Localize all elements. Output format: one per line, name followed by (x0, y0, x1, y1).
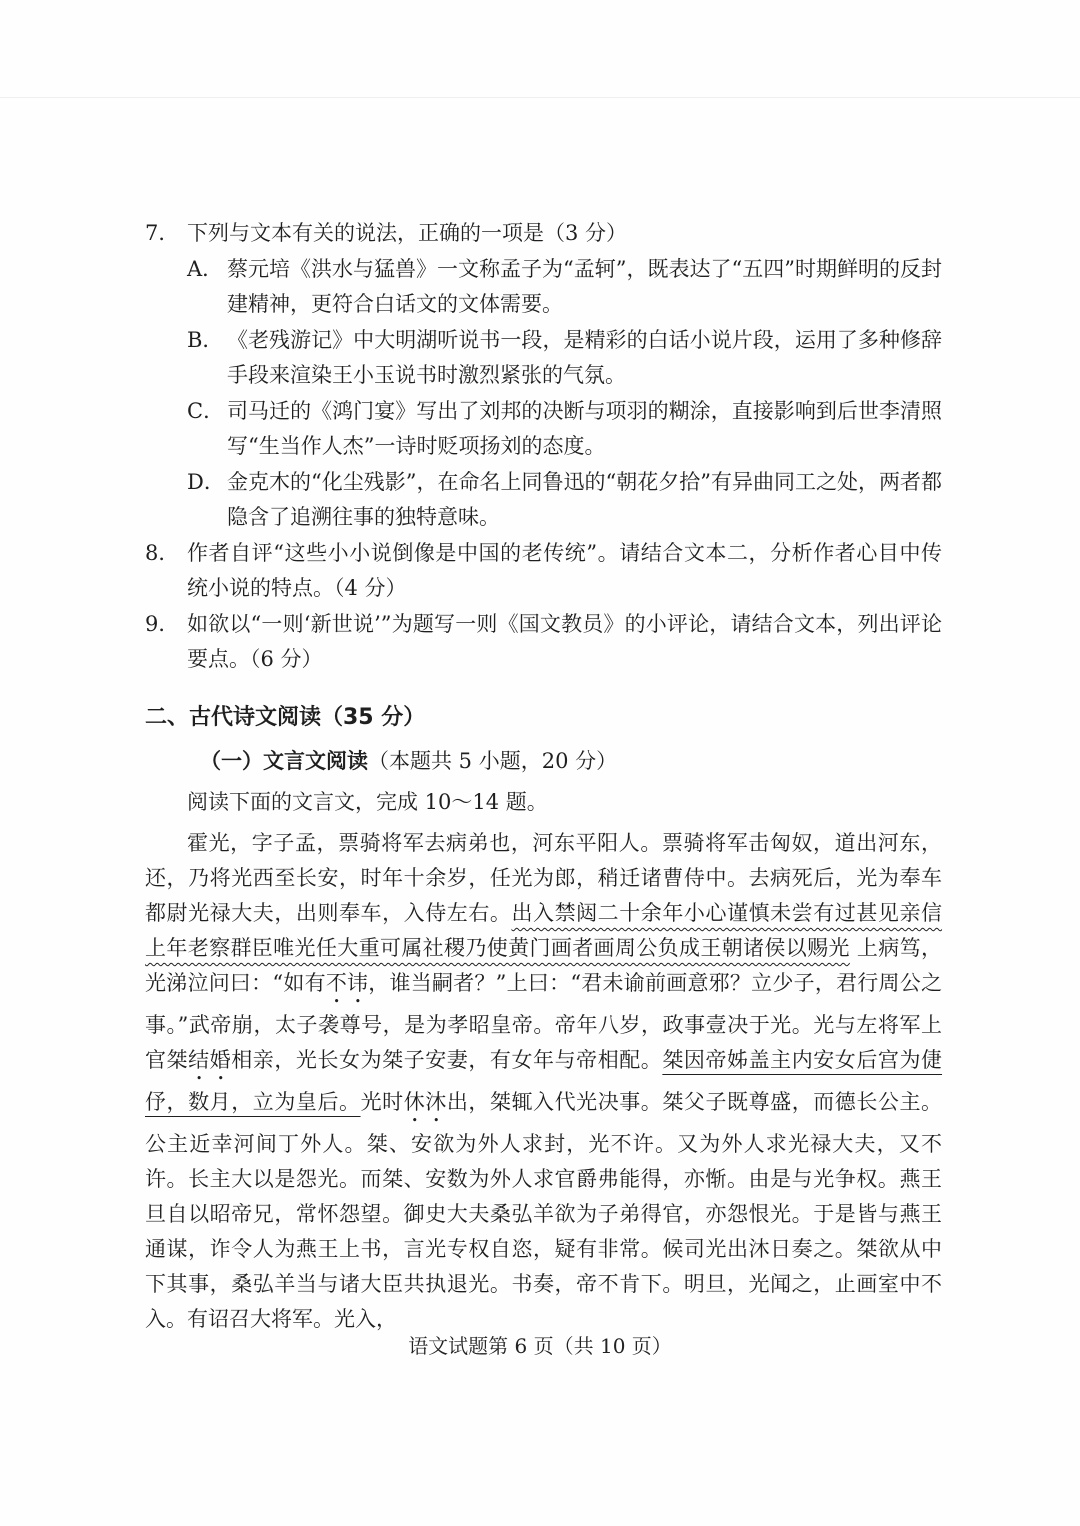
passage-segment-emphasis-dots: 结婚 (188, 1048, 231, 1072)
option-c: C． 司马迁的《鸿门宴》写出了刘邦的决断与项羽的糊涂，直接影响到后世李清照写“生… (187, 394, 942, 464)
option-b: B． 《老残游记》中大明湖听说书一段，是精彩的白话小说片段，运用了多种修辞手段来… (187, 323, 942, 393)
subsection-title: （一）文言文阅读 (200, 749, 368, 773)
passage-segment-emphasis-dots: 不讳 (326, 971, 368, 995)
question-8-number: 8． (145, 536, 187, 606)
question-8: 8． 作者自评“这些小小说倒像是中国的老传统”。请结合文本二，分析作者心目中传统… (145, 536, 942, 606)
reading-instruction: 阅读下面的文言文，完成 10～14 题。 (145, 785, 942, 820)
option-d: D． 金克木的“化尘残影”，在命名上同鲁迅的“朝花夕拾”有异曲同工之处，两者都隐… (187, 465, 942, 535)
passage-segment-emphasis-dots: 休沐 (404, 1090, 447, 1114)
classical-passage: 霍光，字子孟，票骑将军去病弟也，河东平阳人。票骑将军击匈奴，道出河东，还，乃将光… (145, 826, 942, 1337)
question-7-number: 7． (145, 216, 187, 251)
passage-segment: 光时 (361, 1090, 404, 1114)
page-content: 7． 下列与文本有关的说法，正确的一项是（3 分） A． 蔡元培《洪水与猛兽》一… (145, 216, 942, 1337)
subsection-heading: （一）文言文阅读（本题共 5 小题，20 分） (200, 744, 942, 779)
question-9-number: 9． (145, 607, 187, 677)
page-footer: 语文试题第 6 页（共 10 页） (0, 1330, 1080, 1359)
question-7: 7． 下列与文本有关的说法，正确的一项是（3 分） (145, 216, 942, 251)
option-a-label: A． (187, 252, 227, 322)
question-7-stem: 下列与文本有关的说法，正确的一项是（3 分） (187, 216, 942, 251)
passage-segment: 出，桀辄入代光决事。桀父子既尊盛，而德长公主。公主近幸河间丁外人。桀、安欲为外人… (145, 1090, 942, 1331)
option-a: A． 蔡元培《洪水与猛兽》一文称孟子为“孟轲”，既表达了“五四”时期鲜明的反封建… (187, 252, 942, 322)
scan-artifact-line (0, 97, 1080, 98)
subsection-meta: （本题共 5 小题，20 分） (368, 749, 617, 773)
option-d-label: D． (187, 465, 227, 535)
option-c-label: C． (187, 394, 227, 464)
passage-segment: 相亲，光长女为桀子安妻，有女年与帝相配。 (231, 1048, 662, 1072)
question-8-text: 作者自评“这些小小说倒像是中国的老传统”。请结合文本二，分析作者心目中传统小说的… (187, 536, 942, 606)
question-9-text: 如欲以“一则‘新世说’”为题写一则《国文教员》的小评论，请结合文本，列出评论要点… (187, 607, 942, 677)
section-heading: 二、古代诗文阅读（35 分） (145, 700, 942, 735)
option-a-text: 蔡元培《洪水与猛兽》一文称孟子为“孟轲”，既表达了“五四”时期鲜明的反封建精神，… (227, 252, 942, 322)
option-b-label: B． (187, 323, 227, 393)
exam-page: 7． 下列与文本有关的说法，正确的一项是（3 分） A． 蔡元培《洪水与猛兽》一… (0, 0, 1080, 1526)
option-c-text: 司马迁的《鸿门宴》写出了刘邦的决断与项羽的糊涂，直接影响到后世李清照写“生当作人… (227, 394, 942, 464)
option-b-text: 《老残游记》中大明湖听说书一段，是精彩的白话小说片段，运用了多种修辞手段来渲染王… (227, 323, 942, 393)
option-d-text: 金克木的“化尘残影”，在命名上同鲁迅的“朝花夕拾”有异曲同工之处，两者都隐含了追… (227, 465, 942, 535)
question-9: 9． 如欲以“一则‘新世说’”为题写一则《国文教员》的小评论，请结合文本，列出评… (145, 607, 942, 677)
question-7-options: A． 蔡元培《洪水与猛兽》一文称孟子为“孟轲”，既表达了“五四”时期鲜明的反封建… (187, 252, 942, 535)
